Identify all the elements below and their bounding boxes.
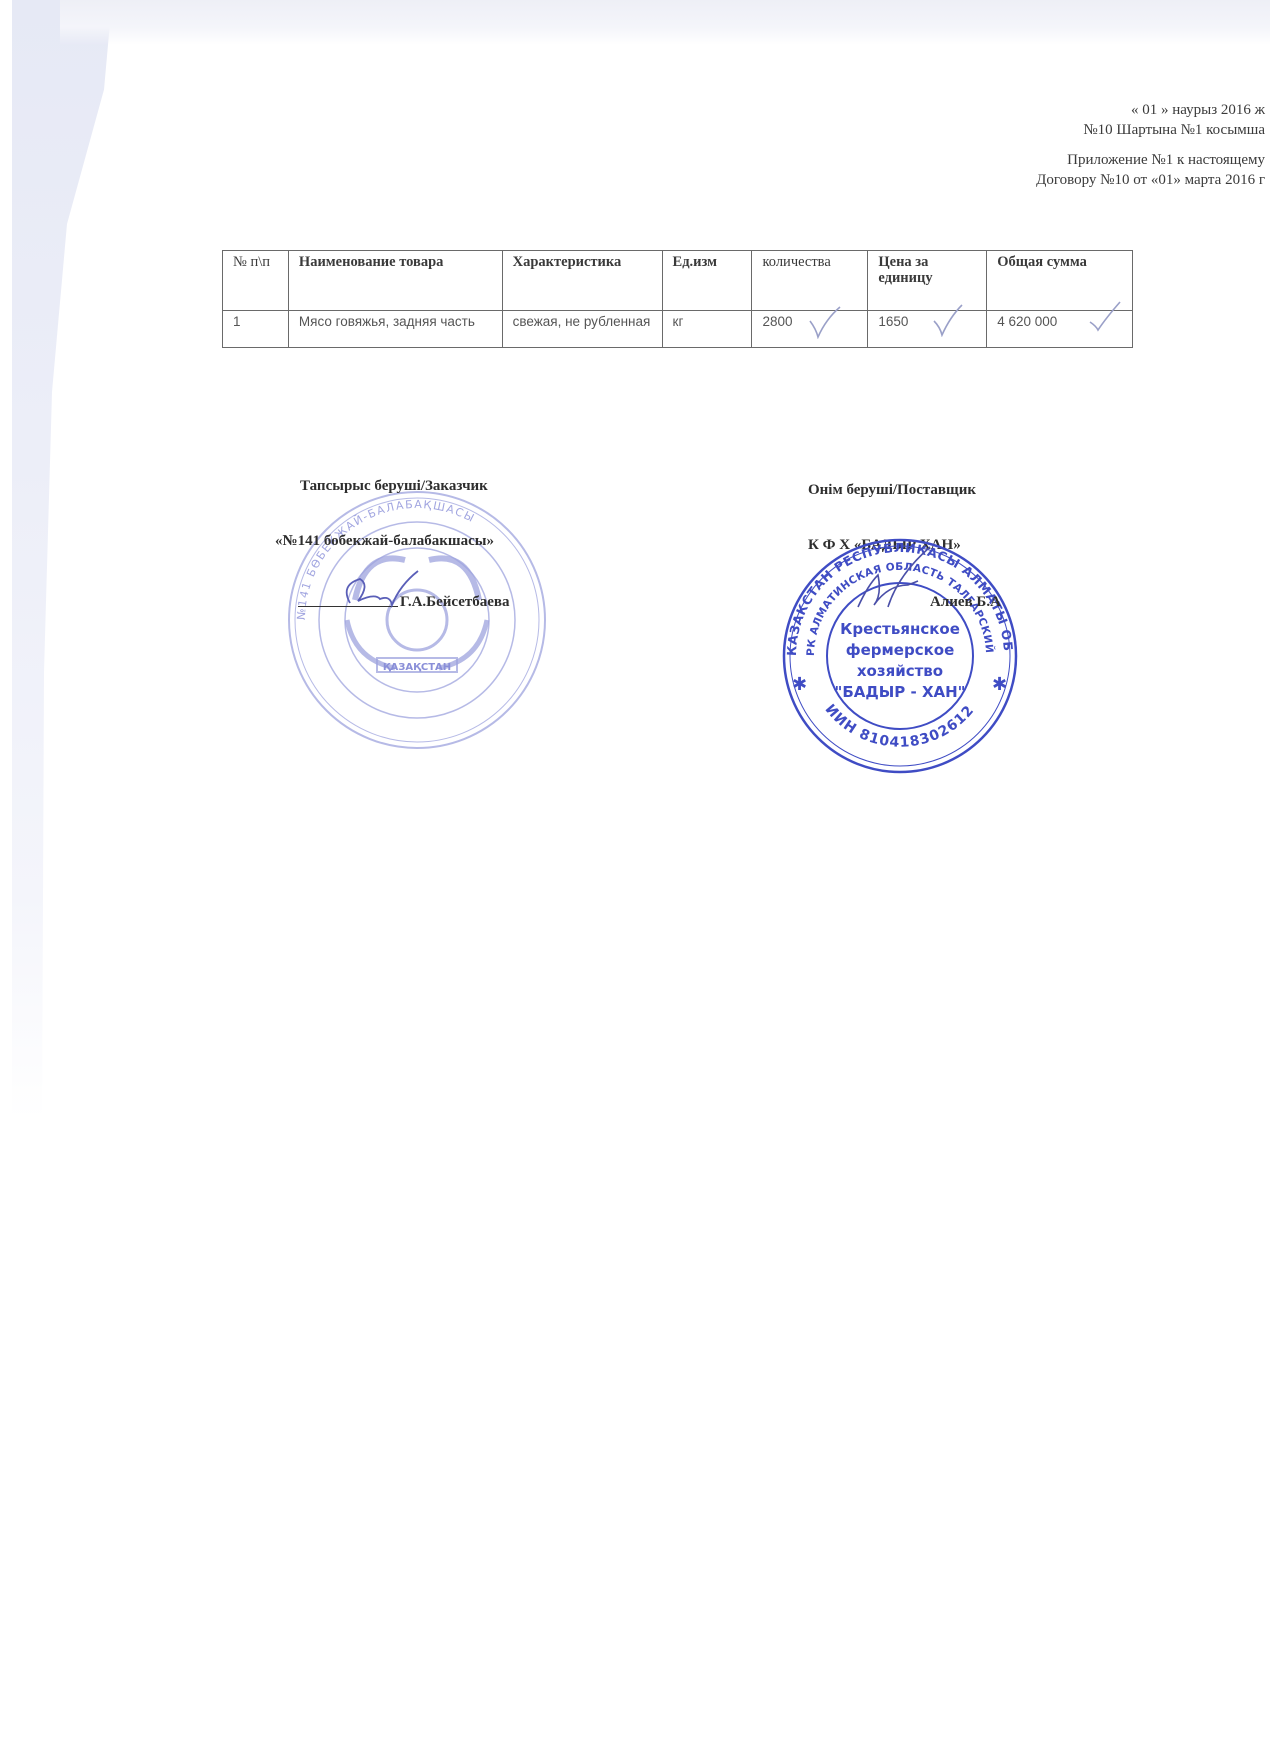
cell-price: 1650 bbox=[868, 311, 987, 348]
supplier-signature-scribble bbox=[848, 545, 938, 615]
header-contract-ru: Договору №10 от «01» марта 2016 г bbox=[1036, 171, 1265, 191]
supplier-role-label: Онім беруші/Поставщик bbox=[808, 482, 976, 499]
customer-organization: «№141 бобекжай-балабакшасы» bbox=[275, 533, 494, 550]
supplier-stamp-iin: ИИН 810418302612 bbox=[822, 701, 978, 750]
checkmark-icon bbox=[932, 303, 966, 337]
supplier-stamp-line3: хозяйство bbox=[857, 662, 943, 680]
supplier-stamp-line1: Крестьянское bbox=[840, 620, 960, 638]
scan-shadow-left bbox=[12, 0, 112, 1120]
goods-table: № п\п Наименование товара Характеристика… bbox=[222, 250, 1133, 348]
supplier-stamp-line4: "БАДЫР - ХАН" bbox=[835, 683, 966, 701]
col-header-name: Наименование товара bbox=[288, 251, 502, 311]
table-row: 1 Мясо говяжья, задняя часть свежая, не … bbox=[223, 311, 1133, 348]
customer-stamp-center-text: ҚАЗАҚСТАН bbox=[383, 662, 451, 673]
col-header-unit: Ед.изм bbox=[662, 251, 752, 311]
header-appendix-kz: №10 Шартына №1 косымша bbox=[1036, 121, 1265, 141]
col-header-quantity: количества bbox=[752, 251, 868, 311]
supplier-stamp-line2: фермерское bbox=[846, 641, 955, 659]
supplier-signatory-name: Алиев Б.А bbox=[930, 594, 1001, 611]
table-header-row: № п\п Наименование товара Характеристика… bbox=[223, 251, 1133, 311]
scan-shadow-top bbox=[60, 0, 1270, 45]
svg-text:ИИН 810418302612: ИИН 810418302612 bbox=[822, 701, 978, 750]
asterisk-icon: ✱ bbox=[992, 674, 1007, 695]
checkmark-icon bbox=[1088, 300, 1122, 334]
header-appendix-ru: Приложение №1 к настоящему bbox=[1036, 151, 1265, 171]
document-header: « 01 » наурыз 2016 ж №10 Шартына №1 косы… bbox=[1036, 101, 1265, 190]
col-header-price: Цена за единицу bbox=[868, 251, 987, 311]
col-header-number: № п\п bbox=[223, 251, 289, 311]
customer-signatory-name: Г.А.Бейсетбаева bbox=[400, 594, 510, 611]
cell-number: 1 bbox=[223, 311, 289, 348]
customer-stamp: №141 БӨБЕКЖАЙ-БАЛАБАҚШАСЫ ҚАЗАҚСТАН bbox=[285, 490, 550, 750]
cell-characteristic: свежая, не рубленная bbox=[502, 311, 662, 348]
col-header-characteristic: Характеристика bbox=[502, 251, 662, 311]
cell-name: Мясо говяжья, задняя часть bbox=[288, 311, 502, 348]
checkmark-icon bbox=[808, 305, 842, 339]
customer-role-label: Тапсырыс беруші/Заказчик bbox=[300, 478, 488, 495]
header-date-kz: « 01 » наурыз 2016 ж bbox=[1036, 101, 1265, 121]
asterisk-icon: ✱ bbox=[792, 674, 807, 695]
cell-unit: кг bbox=[662, 311, 752, 348]
